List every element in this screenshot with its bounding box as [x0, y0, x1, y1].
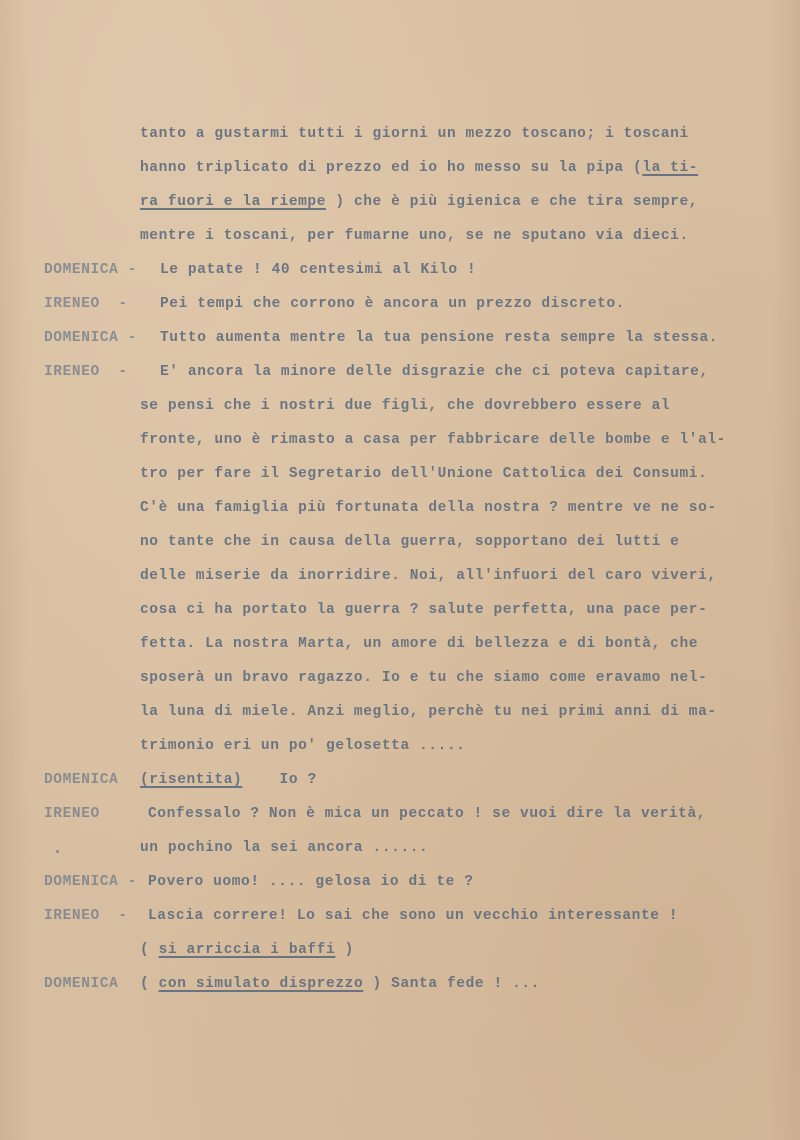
dialogue-line: ( con simulato disprezzo ) Santa fede ! … — [140, 976, 540, 992]
stage-direction-underlined: la ti- — [642, 160, 698, 176]
stage-direction: si arriccia i baffi — [159, 942, 336, 958]
dialogue-line: (risentita) Io ? — [140, 772, 317, 788]
dialogue-line: cosa ci ha portato la guerra ? salute pe… — [140, 602, 707, 618]
dialogue-line: delle miserie da inorridire. Noi, all'in… — [140, 568, 717, 584]
speaker-name: DOMENICA — [44, 976, 118, 992]
stage-direction: (risentita) — [140, 772, 242, 788]
dialogue-line: tro per fare il Segretario dell'Unione C… — [140, 466, 707, 482]
stage-direction-line: ( si arriccia i baffi ) — [140, 942, 354, 958]
dialogue-line: se pensi che i nostri due figli, che dov… — [140, 398, 670, 414]
dialogue-line: trimonio eri un po' gelosetta ..... — [140, 738, 466, 754]
ink-speck — [56, 850, 59, 853]
dialogue-line: Pei tempi che corrono è ancora un prezzo… — [160, 296, 625, 312]
speaker-name: IRENEO - — [44, 908, 128, 924]
speaker-name: IRENEO - — [44, 364, 128, 380]
dialogue-line: sposerà un bravo ragazzo. Io e tu che si… — [140, 670, 707, 686]
speaker-name: IRENEO — [44, 806, 100, 822]
speaker-name: DOMENICA - — [44, 874, 137, 890]
speaker-name: IRENEO - — [44, 296, 128, 312]
dialogue-line: E' ancora la minore delle disgrazie che … — [160, 364, 709, 380]
speaker-name: DOMENICA - — [44, 262, 137, 278]
stage-direction: con simulato disprezzo — [159, 976, 364, 992]
dialogue-line: fronte, uno è rimasto a casa per fabbric… — [140, 432, 726, 448]
dialogue-line: Le patate ! 40 centesimi al Kilo ! — [160, 262, 476, 278]
text-line: tanto a gustarmi tutti i giorni un mezzo… — [140, 126, 689, 142]
dialogue-line: la luna di miele. Anzi meglio, perchè tu… — [140, 704, 717, 720]
text-line: mentre i toscani, per fumarne uno, se ne… — [140, 228, 689, 244]
dialogue-line: Confessalo ? Non è mica un peccato ! se … — [148, 806, 706, 822]
dialogue-line: Tutto aumenta mentre la tua pensione res… — [160, 330, 718, 346]
dialogue-line: no tante che in causa della guerra, sopp… — [140, 534, 679, 550]
text-line: hanno triplicato di prezzo ed io ho mess… — [140, 160, 698, 176]
dialogue-line: Povero uomo! .... gelosa io di te ? — [148, 874, 474, 890]
speaker-name: DOMENICA - — [44, 330, 137, 346]
stage-direction-underlined: ra fuori e la riempe — [140, 194, 326, 210]
dialogue-line: C'è una famiglia più fortunata della nos… — [140, 500, 717, 516]
dialogue-line: fetta. La nostra Marta, un amore di bell… — [140, 636, 698, 652]
speaker-name: DOMENICA — [44, 772, 118, 788]
text-line: ra fuori e la riempe ) che è più igienic… — [140, 194, 698, 210]
script-page: tanto a gustarmi tutti i giorni un mezzo… — [0, 0, 800, 1140]
dialogue-line: un pochino la sei ancora ...... — [140, 840, 428, 856]
dialogue-line: Lascia correre! Lo sai che sono un vecch… — [148, 908, 678, 924]
